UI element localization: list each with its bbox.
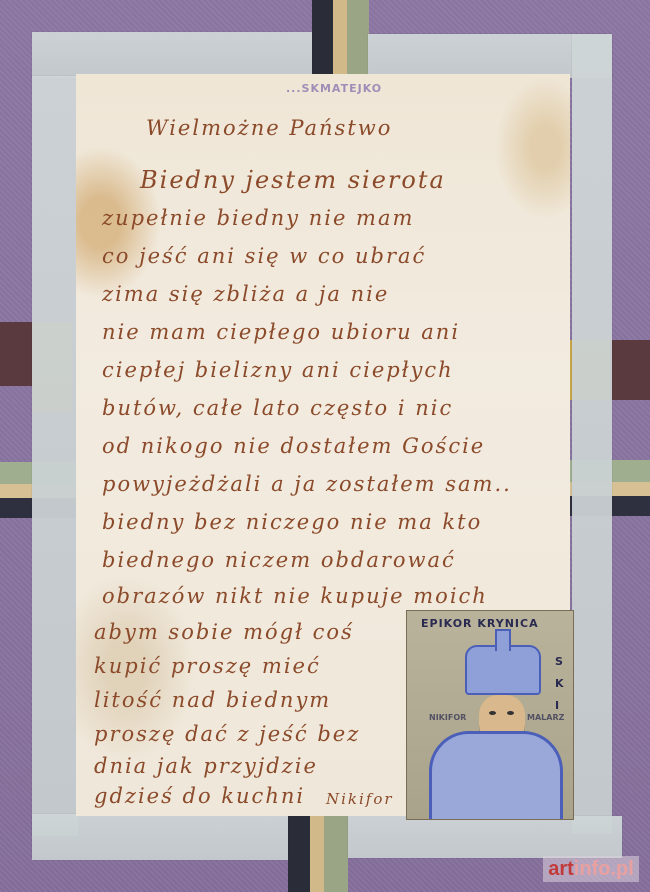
letter-line: abym sobie mógł coś	[94, 620, 354, 644]
tape-top-left	[32, 32, 312, 78]
painting-label-mid-left: NIKIFOR	[429, 713, 466, 722]
bishop-painting: EPIKOR KRYNICA SKI NIKIFOR MALARZ	[406, 610, 574, 820]
letter-line: dnia jak przyjdzie	[94, 754, 318, 778]
letter-line: Biedny jestem sierota	[140, 166, 446, 194]
letter-line: gdzieś do kuchni	[94, 784, 305, 808]
letter-line: nie mam ciepłego ubioru ani	[102, 320, 460, 344]
bottom-tan-strip	[310, 815, 324, 892]
eye	[507, 711, 514, 715]
mitre-shape	[465, 645, 541, 695]
watermark-part-info: info.pl	[574, 858, 634, 880]
eye	[489, 711, 496, 715]
artinfo-watermark: artinfo.pl	[543, 856, 639, 882]
letter-line: od nikogo nie dostałem Goście	[102, 434, 485, 458]
salutation: Wielmożne Państwo	[146, 116, 392, 140]
tape-left	[32, 76, 78, 836]
painting-label-mid-right: MALARZ	[527, 713, 564, 722]
robe-shape	[429, 731, 563, 820]
letter-line: ciepłej bielizny ani ciepłych	[102, 358, 454, 382]
letter-line: kupić proszę mieć	[94, 654, 321, 678]
tape-bottom-left	[32, 814, 288, 860]
letter-line: butów, całe lato często i nic	[102, 396, 453, 420]
letter-line: powyjeżdżali a ja zostałem sam..	[102, 472, 512, 496]
painting-label-top: EPIKOR KRYNICA	[421, 617, 539, 630]
letter-line: biedny bez niczego nie ma kto	[102, 510, 482, 534]
ink-stamp: ...SKMATEJKO	[286, 82, 382, 95]
letter-line: biednego niczem obdarować	[102, 548, 456, 572]
painting-label-right: SKI	[555, 651, 567, 717]
letter-line: litość nad biednym	[94, 688, 331, 712]
bottom-green-strip	[324, 815, 348, 892]
right-brown-patch	[610, 340, 650, 400]
tape-bottom-right	[348, 816, 622, 858]
watermark-part-art: art	[548, 858, 574, 880]
tape-right	[572, 34, 612, 834]
letter-line: co jeść ani się w co ubrać	[102, 244, 426, 268]
bottom-dark-strip	[288, 812, 310, 892]
letter-line: obrazów nikt nie kupuje moich	[102, 584, 488, 608]
letter-line: proszę dać z jeść bez	[94, 722, 360, 746]
signature: Nikifor	[326, 790, 394, 808]
left-brown-patch	[0, 322, 34, 386]
letter-line: zima się zbliża a ja nie	[102, 282, 389, 306]
letter-line: zupełnie biedny nie mam	[102, 206, 414, 230]
